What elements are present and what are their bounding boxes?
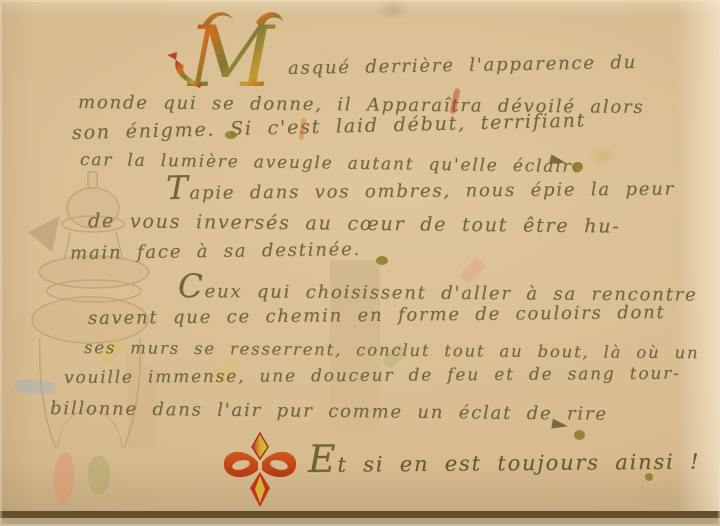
- text-line-8: Ceux qui choisissent d'aller à sa rencon…: [178, 274, 698, 306]
- mask-flower-ornament-icon: [214, 432, 306, 508]
- illuminated-initial-m-icon: M: [168, 6, 292, 102]
- text-line-5: Tapie dans vos ombres, nous épie la peur: [166, 172, 675, 204]
- text-line-13: Et si en est toujours ainsi !: [308, 441, 700, 477]
- photo-edge-dark: [0, 511, 720, 518]
- shade-triangle: [28, 216, 60, 252]
- photo-edge-light: [0, 518, 720, 526]
- manuscript-photo: M asqué derrière l'apparence du monde qu…: [0, 0, 720, 526]
- initial-letter: M: [186, 8, 276, 102]
- text-line-7: main face à sa destinée.: [70, 239, 361, 264]
